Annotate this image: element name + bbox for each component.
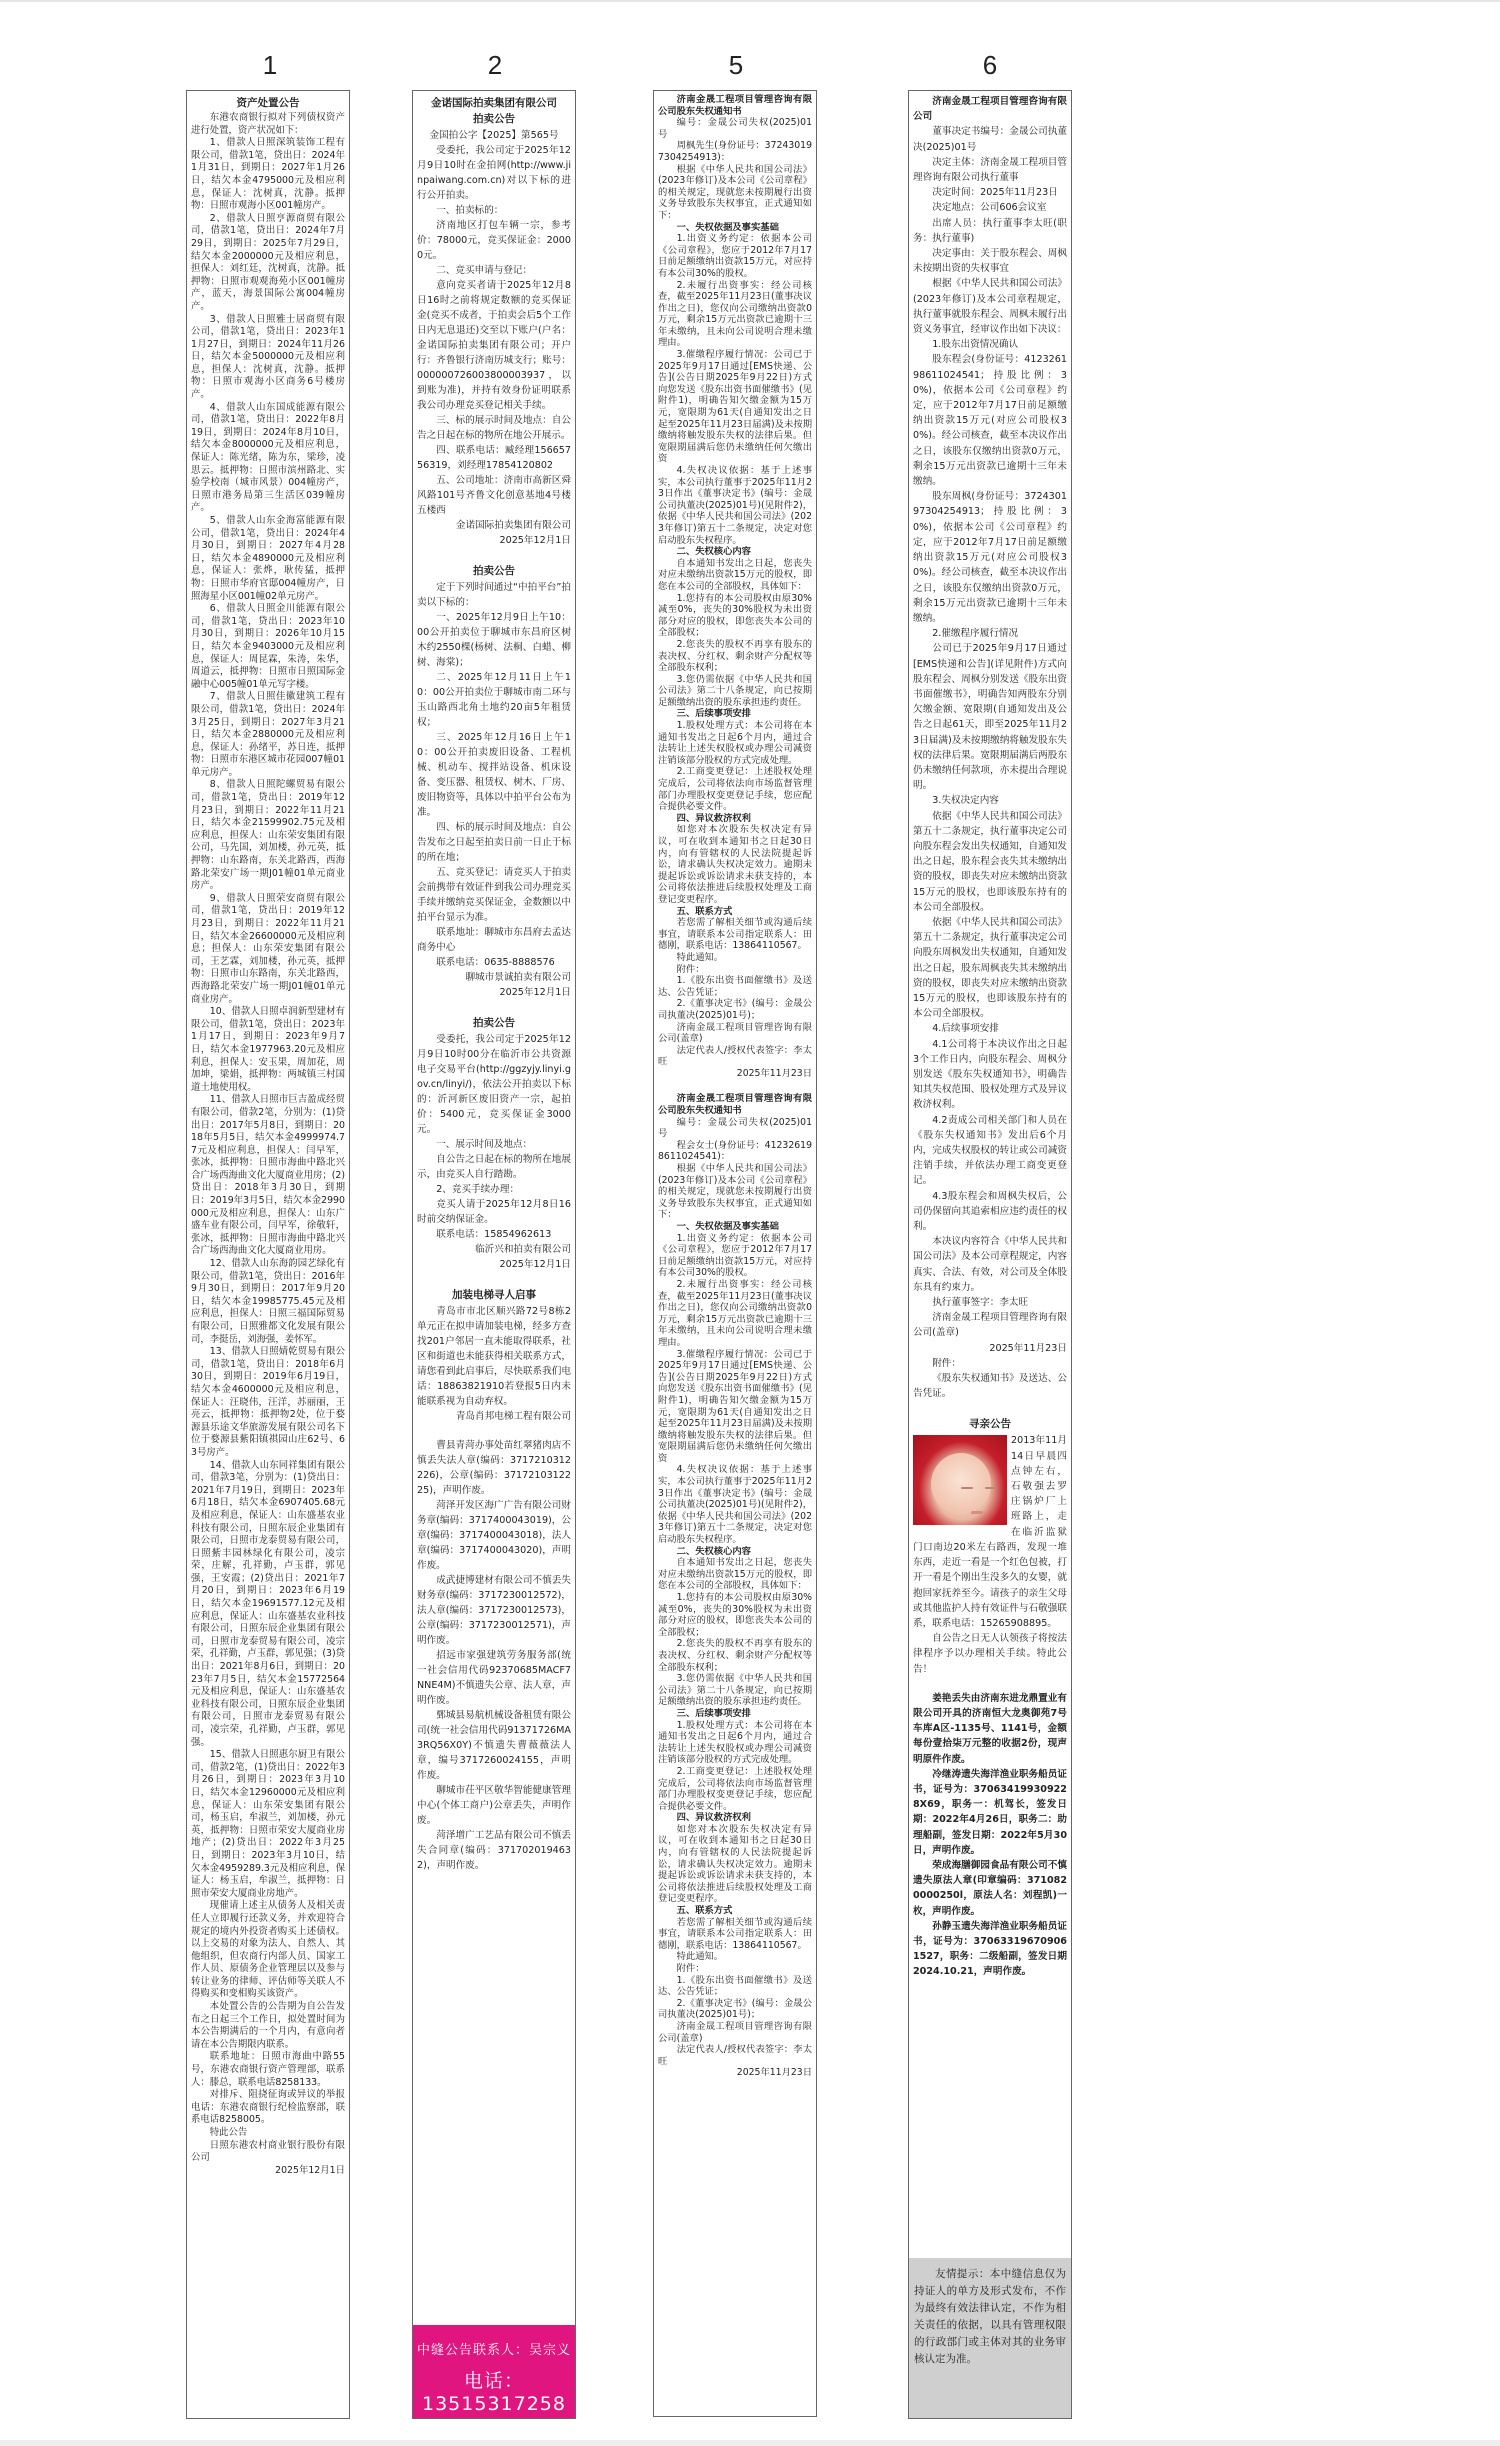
paragraph: 4.2责成公司相关部门和人员在《股东失权通知书》发出后6个月内，完成失权股权的转… (913, 1113, 1067, 1189)
paragraph: 自本通知书发出之日起，您丧失对应未缴纳出资款15万元的股权，即您在本公司的全部股… (658, 558, 812, 593)
paragraph: 4.失权决议依据：基于上述事实，本公司执行董事于2025年11月23日作出《董事… (658, 465, 812, 546)
notice-date: 2025年12月1日 (417, 533, 571, 548)
paragraph: 五、竞买登记：请竞买人于拍卖会前携带有效证件到我公司办理竞买手续并缴纳竞买保证金… (417, 865, 571, 925)
addressee: 程会女士(身份证号：412326198611024541)： (658, 1140, 812, 1163)
paragraph: 自本通知书发出之日起，您丧失对应未缴纳出资款15万元的股权，即您在本公司的全部股… (658, 1557, 812, 1592)
paragraph: 受委托，我公司定于2025年12月9日10时在金拍网(http://www.ji… (417, 143, 571, 203)
signature: 日照东港农村商业银行股份有限公司 (191, 2140, 345, 2165)
column-number-5: 5 (716, 50, 756, 81)
paragraph: 4.1公司将于本决议作出之日起3个工作日内，向股东程会、周枫分别发送《股东失权通… (913, 1037, 1067, 1113)
paragraph: 1.您持有的本公司股权由原30%减至0%，丧失的30%股权为未出资部分对应的股权… (658, 1592, 812, 1638)
notice-title: 拍卖公告 (417, 112, 571, 126)
notice-title: 资产处置公告 (191, 96, 345, 110)
paragraph: 特此通知。 (658, 1951, 812, 1963)
notice-title: 济南金晟工程项目管理咨询有限公司股东失权通知书 (658, 1093, 812, 1116)
paragraph: 一、展示时间及地点： (417, 1137, 571, 1152)
lost-notice: 姜艳丢失由济南东进龙鼎置业有限公司开具的济南恒大龙奥御苑7号车库A区-1135号… (913, 1691, 1067, 1767)
notice-title: 济南金晟工程项目管理咨询有限公司股东失权通知书 (658, 94, 812, 117)
paragraph: 法定代表人/授权代表签字：李太旺 (658, 2044, 812, 2067)
paragraph: 公司已于2025年9月17日通过[EMS快递和公告](详见附件)方式向股东程会、… (913, 641, 1067, 793)
addressee: 周枫先生(身份证号：372430197304254913)： (658, 140, 812, 163)
paragraph: 决定地点：公司606会议室 (913, 200, 1067, 215)
section-heading: 一、失权依据及事实基础 (658, 1221, 812, 1233)
paragraph: 出席人员：执行董事李太旺(职务：执行董事) (913, 216, 1067, 246)
section-heading: 五、联系方式 (658, 906, 812, 918)
contact-person: 中缝公告联系人：吴宗义 (413, 2339, 575, 2358)
disclaimer-box: 友情提示：本中缝信息仅为持证人的单方及形式发布，不作为最终有效法律认定，不作为相… (909, 2258, 1071, 2418)
paragraph: 2.《董事决定书》(编号：金晟公司执董决(2025)01号)； (658, 998, 812, 1021)
paragraph: 一、2025年12月9日上午10：00公开拍卖位于聊城市东昌府区树木约2550棵… (417, 610, 571, 670)
paragraph: 1.股权处理方式：本公司将在本通知书发出之日起6个月内，通过合法转让上述失权股权… (658, 1720, 812, 1766)
paragraph: 根据《中华人民共和国公司法》(2023年修订)及本公司《公司章程》的相关规定，现… (658, 1163, 812, 1221)
paragraph: 4、借款人山东国成能源有限公司，借款1笔，贷出日：2022年8月19日，到期日：… (191, 402, 345, 515)
baby-photo-icon (913, 1435, 1007, 1525)
paragraph: 2.工商变更登记：上述股权处理完成后，公司将依法向市场监督管理部门办理股权变更登… (658, 766, 812, 812)
signature: 聊城市景诚拍卖有限公司 (417, 970, 571, 985)
section-heading: 一、失权依据及事实基础 (658, 222, 812, 234)
paragraph: 受委托，我公司定于2025年12月9日10时00分在临沂市公共资源电子交易平台(… (417, 1032, 571, 1137)
column-5-forfeiture-notices: 济南金晟工程项目管理咨询有限公司股东失权通知书 编号：金晟公司失权(2025)0… (653, 90, 817, 2417)
top-border (0, 0, 1500, 2)
paragraph: 2.您丧失的股权不再享有股东的表决权、分红权、剩余财产分配权等全部股东权利； (658, 639, 812, 674)
section-heading: 三、后续事项安排 (658, 708, 812, 720)
notice-title: 拍卖公告 (417, 564, 571, 578)
paragraph: 股东程会(身份证号：412326198611024541；持股比例：30%)，依… (913, 352, 1067, 489)
notice-date: 2025年11月23日 (913, 1341, 1067, 1356)
paragraph: 2.未履行出资事实：经公司核查，截至2025年11月23日(董事决议作出之日)，… (658, 280, 812, 350)
paragraph: 3.催缴程序履行情况：公司已于2025年9月17日通过[EMS快递、公告](公告… (658, 1349, 812, 1465)
paragraph: 7、借款人日照佳徽建筑工程有限公司，借款1笔，贷出日：2024年3月25日，到期… (191, 691, 345, 779)
paragraph: 如您对本次股东失权决定有异议，可在收到本通知书之日起30日内，向有管辖权的人民法… (658, 824, 812, 905)
lost-notice: 聊城市茌平区敬华智能健康管理中心(个体工商户)公章丢失，声明作废。 (417, 1783, 571, 1828)
lost-notice: 鄄城县易航机械设备租赁有限公司(统一社会信用代码91371726MA3RQ56X… (417, 1708, 571, 1783)
column-1-asset-disposal: 资产处置公告 东港农商银行拟对下列债权资产进行处置，资产状况如下： 1、借款人日… (186, 90, 350, 2419)
paragraph: 股东周枫(身份证号：372430197304254913；持股比例：30%)，依… (913, 489, 1067, 626)
paragraph: 1.出资义务约定：依据本公司《公司章程》，您应于2012年7月17日前足额缴纳出… (658, 233, 812, 279)
contact-phone: 电话：13515317258 (413, 2366, 575, 2415)
attachment: 《股东失权通知书》及送达、公告凭证。 (913, 1371, 1067, 1401)
paragraph: 四、标的展示时间及地点：自公告发布之日起至拍卖日前一日止于标的所在地； (417, 820, 571, 865)
paragraph: 依据《中华人民共和国公司法》第五十二条规定，执行董事决定公司向股东程会发出失权通… (913, 809, 1067, 915)
column-6-decision-and-notices: 济南金晟工程项目管理咨询有限公司 董事决定书编号：金晟公司执董决(2025)01… (908, 90, 1072, 2419)
paragraph: 15、借款人日照惠尔厨卫有限公司，借款2笔，(1)贷出日：2022年3月26日，… (191, 1749, 345, 1900)
paragraph: 定于下列时间通过“中拍平台”拍卖以下标的： (417, 580, 571, 610)
notice-date: 2025年12月1日 (191, 2165, 345, 2178)
lost-notice: 荣成海膳御园食品有限公司不慎遗失原法人章(印章编码：3710820000250l… (913, 1858, 1067, 1919)
disclaimer-text: 友情提示：本中缝信息仅为持证人的单方及形式发布，不作为最终有效法律认定，不作为相… (914, 2266, 1066, 2368)
signature: 青岛肖邦电梯工程有限公司 (417, 1409, 571, 1424)
notice-date: 2025年12月1日 (417, 985, 571, 1000)
column-number-6: 6 (970, 50, 1010, 81)
lost-notice: 成武捷博建材有限公司不慎丢失财务章(编码：3717230012572)，法人章(… (417, 1573, 571, 1648)
paragraph: 一、拍卖标的： (417, 203, 571, 218)
paragraph: 附件： (658, 1963, 812, 1975)
search-kin-body: 2013年11月14日早晨四点钟左右，石敬强去罗庄锅炉厂上班路上，走在临沂监狱门… (913, 1433, 1067, 1631)
column-number-1: 1 (250, 50, 290, 81)
section-heading: 4.后续事项安排 (913, 1021, 1067, 1036)
section-heading: 1.股东出资情况确认 (913, 337, 1067, 352)
notice-number: 编号：金晟公司失权(2025)01号 (658, 1117, 812, 1140)
paragraph: 1.股权处理方式：本公司将在本通知书发出之日起6个月内，通过合法转让上述失权股权… (658, 720, 812, 766)
lost-notice: 曹县青菏办事处苗红翠猪肉店不慎丢失法人章(编码：3717210312226)，公… (417, 1438, 571, 1498)
paragraph: 本处置公告的公告期为自公告发布之日起三个工作日，拟处置时间为本公告期满后的一个月… (191, 2001, 345, 2051)
paragraph: 特此公告 (191, 2127, 345, 2140)
lost-notice: 菏泽增广工艺品有限公司不慎丢失合同章(编码：3717020194632)，声明作… (417, 1828, 571, 1873)
company-name: 金诺国际拍卖集团有限公司 (417, 96, 571, 110)
paragraph: 1.出资义务约定：依据本公司《公司章程》，您应于2012年7月17日前足额缴纳出… (658, 1233, 812, 1279)
paragraph: 四、联系电话：臧经理15665756319，刘经理17854120802 (417, 443, 571, 473)
paragraph: 2.您丧失的股权不再享有股东的表决权、分红权、剩余财产分配权等全部股东权利； (658, 1638, 812, 1673)
paragraph: 济南金晟工程项目管理咨询有限公司(盖章) (913, 1310, 1067, 1340)
paragraph: 9、借款人日照荣安商贸有限公司，借款1笔，贷出日：2019年12月23日，到期日… (191, 893, 345, 1006)
contact-banner: 中缝公告联系人：吴宗义 电话：13515317258 (413, 2325, 575, 2418)
paragraph: 6、借款人日照金川能源有限公司，借款1笔，贷出日：2023年10月30日，到期日… (191, 603, 345, 691)
paragraph: 法定代表人/授权代表签字：李太旺 (658, 1045, 812, 1068)
paragraph: 联系电话：15854962613 (417, 1227, 571, 1242)
section-heading: 四、异议救济权利 (658, 1812, 812, 1824)
lost-notice: 孙静玉遗失海洋渔业职务船员证书，证号为：370633196709061527，职… (913, 1919, 1067, 1980)
paragraph: 3、借款人日照雅士居商贸有限公司，借款1笔，贷出日：2023年11月27日，到期… (191, 314, 345, 402)
paragraph: 2.未履行出资事实：经公司核查，截至2025年11月23日(董事决议作出之日)，… (658, 1279, 812, 1349)
paragraph: 3.催缴程序履行情况：公司已于2025年9月17日通过[EMS快递、公告](公告… (658, 349, 812, 465)
notice-date: 2025年11月23日 (658, 2067, 812, 2079)
paragraph: 决定时间：2025年11月23日 (913, 185, 1067, 200)
paragraph: 东港农商银行拟对下列债权资产进行处置，资产状况如下： (191, 112, 345, 137)
notice-date: 2025年11月23日 (658, 1068, 812, 1080)
paragraph: 三、标的展示时间及地点：自公告之日起在标的物所在地公开展示。 (417, 413, 571, 443)
notice-title: 济南金晟工程项目管理咨询有限公司 (913, 94, 1067, 124)
lost-notice: 菏泽开发区海广广告有限公司财务章(编码：3717400043019)，公章(编码… (417, 1498, 571, 1573)
notice-title: 加装电梯寻人启事 (417, 1288, 571, 1302)
paragraph: 决定事由：关于股东程会、周枫未按期出资的失权事宜 (913, 246, 1067, 276)
paragraph: 五、公司地址：济南市高新区舜风路101号齐鲁文化创意基地4号楼五楼西 (417, 473, 571, 518)
paragraph: 2.工商变更登记：上述股权处理完成后，公司将依法向市场监督管理部门办理股权变更登… (658, 1766, 812, 1812)
paragraph: 根据《中华人民共和国公司法》(2023年修订)及本公司章程规定，执行董事就股东程… (913, 276, 1067, 337)
paragraph: 10、借款人日照卓润新型建材有限公司，借款1笔，贷出日：2023年1月17日，到… (191, 1006, 345, 1094)
paragraph: 联系电话：0635-8888576 (417, 955, 571, 970)
paragraph: 青岛市市北区顺兴路72号8栋2单元正在拟申请加装电梯，经多方查找201户邻居一直… (417, 1304, 571, 1409)
signature: 金诺国际拍卖集团有限公司 (417, 518, 571, 533)
section-heading: 3.失权决定内容 (913, 793, 1067, 808)
lost-notice: 招远市家强建筑劳务服务部(统一社会信用代码92370685MACF7NNE4M)… (417, 1648, 571, 1708)
section-heading: 二、失权核心内容 (658, 546, 812, 558)
paragraph: 若您需了解相关细节或沟通后续事宜，请联系本公司指定联系人：田德刚，联系电话：13… (658, 917, 812, 952)
bottom-border (0, 2440, 1500, 2446)
paragraph: 竞买人请于2025年12月8日16时前交纳保证金。 (417, 1197, 571, 1227)
paragraph: 现催请上述主从债务人及相关责任人立即履行还款义务，并欢迎符合规定的境内外投资者购… (191, 1900, 345, 2001)
paragraph: 4.3股东程会和周枫失权后，公司仍保留向其追索相应违约责任的权利。 (913, 1189, 1067, 1235)
lost-notice: 冷继涛遗失海洋渔业职务船员证书，证号为：370634199309228X69，职… (913, 1767, 1067, 1858)
paragraph: 12、借款人山东海韵园艺绿化有限公司，借款1笔，贷出日：2016年9月30日，到… (191, 1258, 345, 1346)
paragraph: 附件： (658, 964, 812, 976)
paragraph: 济南金晟工程项目管理咨询有限公司(盖章) (658, 1022, 812, 1045)
notice-title: 寻亲公告 (913, 1417, 1067, 1431)
paragraph: 董事决定书编号：金晟公司执董决(2025)01号 (913, 124, 1067, 154)
column-number-2: 2 (475, 50, 515, 81)
paragraph: 3.您仍需依据《中华人民共和国公司法》第二十八条规定，向已按期足额缴纳出资的股东… (658, 674, 812, 709)
paragraph: 决定主体：济南金晟工程项目管理咨询有限公司执行董事 (913, 155, 1067, 185)
paragraph: 联系地址：聊城市东昌府去孟达商务中心 (417, 925, 571, 955)
paragraph: 根据《中华人民共和国公司法》(2023年修订)及本公司《公司章程》的相关规定，现… (658, 164, 812, 222)
paragraph: 济南金晟工程项目管理咨询有限公司(盖章) (658, 2021, 812, 2044)
paragraph: 联系地址：日照市海曲中路55号，东港农商银行资产管理部，联系人：滕总，联系电话8… (191, 2051, 345, 2089)
paragraph: 本决议内容符合《中华人民共和国公司法》及本公司章程规定，内容真实、合法、有效，对… (913, 1234, 1067, 1295)
paragraph: 二、竞买申请与登记： (417, 263, 571, 278)
section-heading: 二、失权核心内容 (658, 1546, 812, 1558)
section-heading: 三、后续事项安排 (658, 1708, 812, 1720)
paragraph: 对排斥、阻挠征询或异议的举报电话：东港农商银行纪检监察部，联系电话8258005… (191, 2089, 345, 2127)
paragraph: 三、2025年12月16日上午10：00公开拍卖废旧设备、工程机械、机动车、搅拌… (417, 730, 571, 820)
paragraph: 二、2025年12月11日上午10：00公开拍卖位于聊城市南二环与玉山路西北角土… (417, 670, 571, 730)
paragraph: 2、借款人日照亨源商贸有限公司，借款1笔，贷出日：2024年7月29日，到期日：… (191, 213, 345, 314)
paragraph: 特此通知。 (658, 952, 812, 964)
paragraph: 11、借款人日照市巨吉盈成经贸有限公司，借款2笔，分别为：(1)贷出日：2017… (191, 1094, 345, 1258)
paragraph: 13、借款人日照婧乾贸易有限公司，借款1笔，贷出日：2018年6月30日，到期日… (191, 1346, 345, 1459)
notice-date: 2025年12月1日 (417, 1257, 571, 1272)
paragraph: 2、竞买手续办理： (417, 1182, 571, 1197)
column-2-auctions: 金诺国际拍卖集团有限公司 拍卖公告 金国拍公字【2025】第565号 受委托，我… (412, 90, 576, 2419)
paragraph: 4.失权决议依据：基于上述事实，本公司执行董事于2025年11月23日作出《董事… (658, 1464, 812, 1545)
paragraph: 2.《董事决定书》(编号：金晟公司执董决(2025)01号)； (658, 1998, 812, 2021)
paragraph: 1、借款人日照深筑装饰工程有限公司，借款1笔，贷出日：2024年1月31日，到期… (191, 137, 345, 213)
paragraph: 济南地区打包车辆一宗，参考价：78000元，竞买保证金：20000元。 (417, 218, 571, 263)
paragraph: 自公告之日无人认领孩子将按法律程序予以办理相关手续。特此公告！ (913, 1631, 1067, 1677)
paragraph: 14、借款人山东同祥集团有限公司，借款3笔，分别为：(1)贷出日：2021年7月… (191, 1460, 345, 1750)
paragraph: 依据《中华人民共和国公司法》第五十二条规定，执行董事决定公司向股东周枫发出失权通… (913, 915, 1067, 1021)
paragraph: 意向竞买者请于2025年12月8日16时之前将规定数额的竞买保证金(竞买不成者，… (417, 278, 571, 413)
attachment-label: 附件： (913, 1356, 1067, 1371)
paragraph: 执行董事签字：李太旺 (913, 1295, 1067, 1310)
paragraph: 1.《股东出资书面催缴书》及送达、公告凭证； (658, 1975, 812, 1998)
paragraph: 5、借款人山东金海富能源有限公司，借款1笔，贷出日：2024年4月30日，到期日… (191, 515, 345, 603)
section-heading: 2.催缴程序履行情况 (913, 626, 1067, 641)
paragraph: 自公告之日起在标的物所在地展示，由竞买人自行踏勘。 (417, 1152, 571, 1182)
paragraph: 3.您仍需依据《中华人民共和国公司法》第二十八条规定，向已按期足额缴纳出资的股东… (658, 1673, 812, 1708)
paragraph: 1.您持有的本公司股权由原30%减至0%，丧失的30%股权为未出资部分对应的股权… (658, 593, 812, 639)
notice-number: 编号：金晟公司失权(2025)01号 (658, 117, 812, 140)
section-heading: 五、联系方式 (658, 1905, 812, 1917)
paragraph: 1.《股东出资书面催缴书》及送达、公告凭证； (658, 975, 812, 998)
section-heading: 四、异议救济权利 (658, 813, 812, 825)
paragraph: 8、借款人日照陀螺贸易有限公司，借款1笔，贷出日：2019年12月23日，到期日… (191, 779, 345, 892)
signature: 临沂兴和拍卖有限公司 (417, 1242, 571, 1257)
paragraph: 若您需了解相关细节或沟通后续事宜，请联系本公司指定联系人：田德刚，联系电话：13… (658, 1917, 812, 1952)
notice-title: 拍卖公告 (417, 1016, 571, 1030)
reference-number: 金国拍公字【2025】第565号 (417, 128, 571, 143)
paragraph: 如您对本次股东失权决定有异议，可在收到本通知书之日起30日内，向有管辖权的人民法… (658, 1824, 812, 1905)
